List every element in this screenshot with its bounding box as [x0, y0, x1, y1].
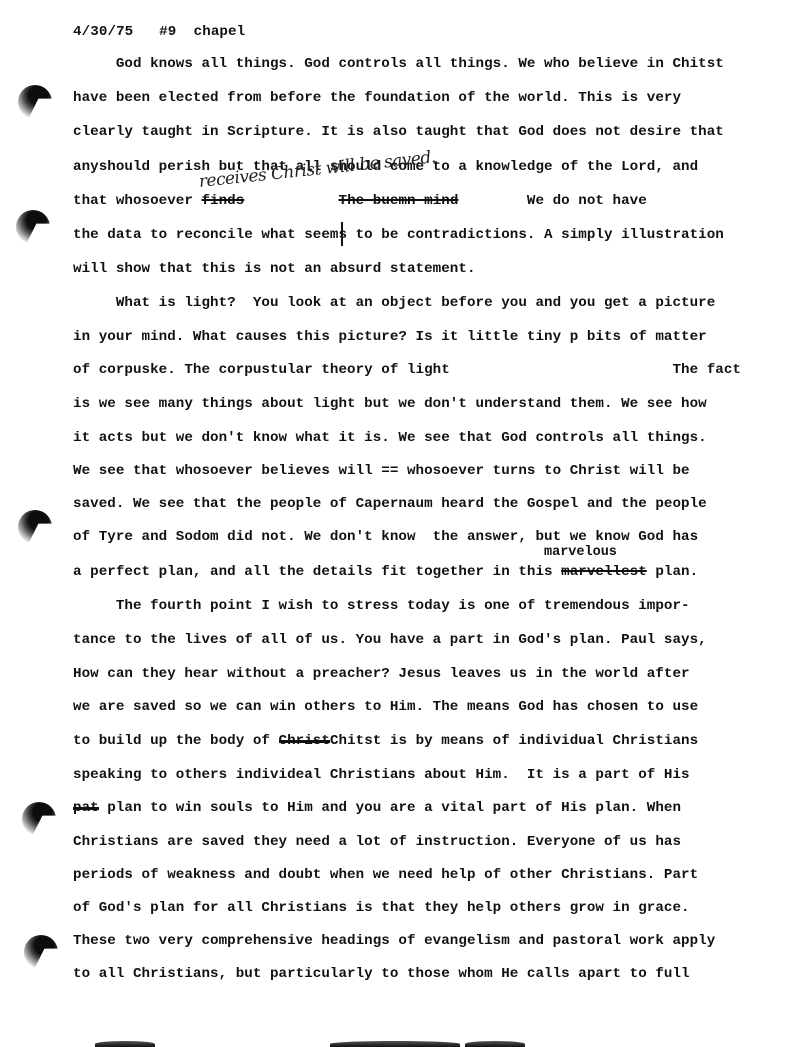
text-line-19: How can they hear without a preacher? Je…: [73, 665, 690, 683]
text-line-21: to build up the body of ChristChitst is …: [73, 732, 698, 750]
text-line-23: pat plan to win souls to Him and you are…: [73, 799, 681, 817]
handwritten-insertion: receives Christ will be saved.: [198, 147, 437, 192]
text-line-15: of Tyre and Sodom did not. We don't know…: [73, 528, 698, 546]
scan-edge-shadow: [330, 1041, 460, 1047]
struck-word-christ: Christ: [279, 732, 330, 750]
text-line-1: God knows all things. God controls all t…: [73, 55, 724, 73]
struck-phrase-human-mind: The buemn mind: [339, 193, 459, 209]
document-header: 4/30/75 #9 chapel: [73, 24, 245, 40]
text-line-3: clearly taught in Scripture. It is also …: [73, 123, 724, 141]
punch-hole-icon: [22, 802, 56, 836]
text-line-5: that whosoever finds The buemn mind We d…: [73, 192, 647, 210]
text-line-25: periods of weakness and doubt when we ne…: [73, 866, 698, 884]
line-16-suffix: plan.: [647, 564, 698, 580]
text-line-16: a perfect plan, and all the details fit …: [73, 563, 698, 581]
text-line-8: What is light? You look at an object bef…: [73, 294, 715, 312]
struck-word-marvellest: marvellest: [561, 564, 647, 580]
line-23-suffix: plan to win souls to Him and you are a v…: [99, 800, 681, 816]
scan-edge-shadow: [95, 1041, 155, 1047]
text-line-2: have been elected from before the founda…: [73, 89, 681, 107]
line-5-suffix: We do not have: [458, 193, 646, 209]
scan-edge-shadow: [465, 1041, 525, 1047]
line-16-prefix: a perfect plan, and all the details fit …: [73, 564, 561, 580]
text-line-6: the data to reconcile what seems to be c…: [73, 226, 724, 244]
line-21-suffix: Chitst is by means of individual Christi…: [330, 733, 698, 749]
punch-hole-icon: [16, 210, 50, 244]
text-line-22: speaking to others individeal Christians…: [73, 766, 690, 784]
document-page: 4/30/75 #9 chapel God knows all things. …: [0, 0, 802, 1047]
text-line-24: Christians are saved they need a lot of …: [73, 833, 681, 851]
line-21-prefix: to build up the body of: [73, 733, 279, 749]
handwritten-correction-mark: [341, 222, 343, 246]
interlinear-correction: marvelous: [544, 545, 617, 560]
text-line-17: The fourth point I wish to stress today …: [73, 597, 690, 615]
text-line-9: in your mind. What causes this picture? …: [73, 328, 707, 346]
text-line-26: of God's plan for all Christians is that…: [73, 899, 690, 917]
text-line-12: it acts but we don't know what it is. We…: [73, 429, 707, 447]
text-line-20: we are saved so we can win others to Him…: [73, 698, 698, 716]
text-line-27: These two very comprehensive headings of…: [73, 932, 715, 950]
struck-word-finds: finds: [201, 193, 244, 209]
punch-hole-icon: [18, 85, 52, 119]
text-line-18: tance to the lives of all of us. You hav…: [73, 631, 707, 649]
line-5-prefix: that whosoever: [73, 193, 201, 209]
text-line-10: of corpuske. The corpustular theory of l…: [73, 361, 741, 379]
text-line-11: is we see many things about light but we…: [73, 395, 707, 413]
line-5-gap: [244, 193, 338, 209]
text-line-28: to all Christians, but particularly to t…: [73, 965, 690, 983]
struck-word-pat: pat: [73, 799, 99, 817]
text-line-7: will show that this is not an absurd sta…: [73, 260, 476, 278]
text-line-14: saved. We see that the people of Caperna…: [73, 495, 707, 513]
punch-hole-icon: [18, 510, 52, 544]
punch-hole-icon: [24, 935, 58, 969]
text-line-13: We see that whosoever believes will == w…: [73, 462, 690, 480]
